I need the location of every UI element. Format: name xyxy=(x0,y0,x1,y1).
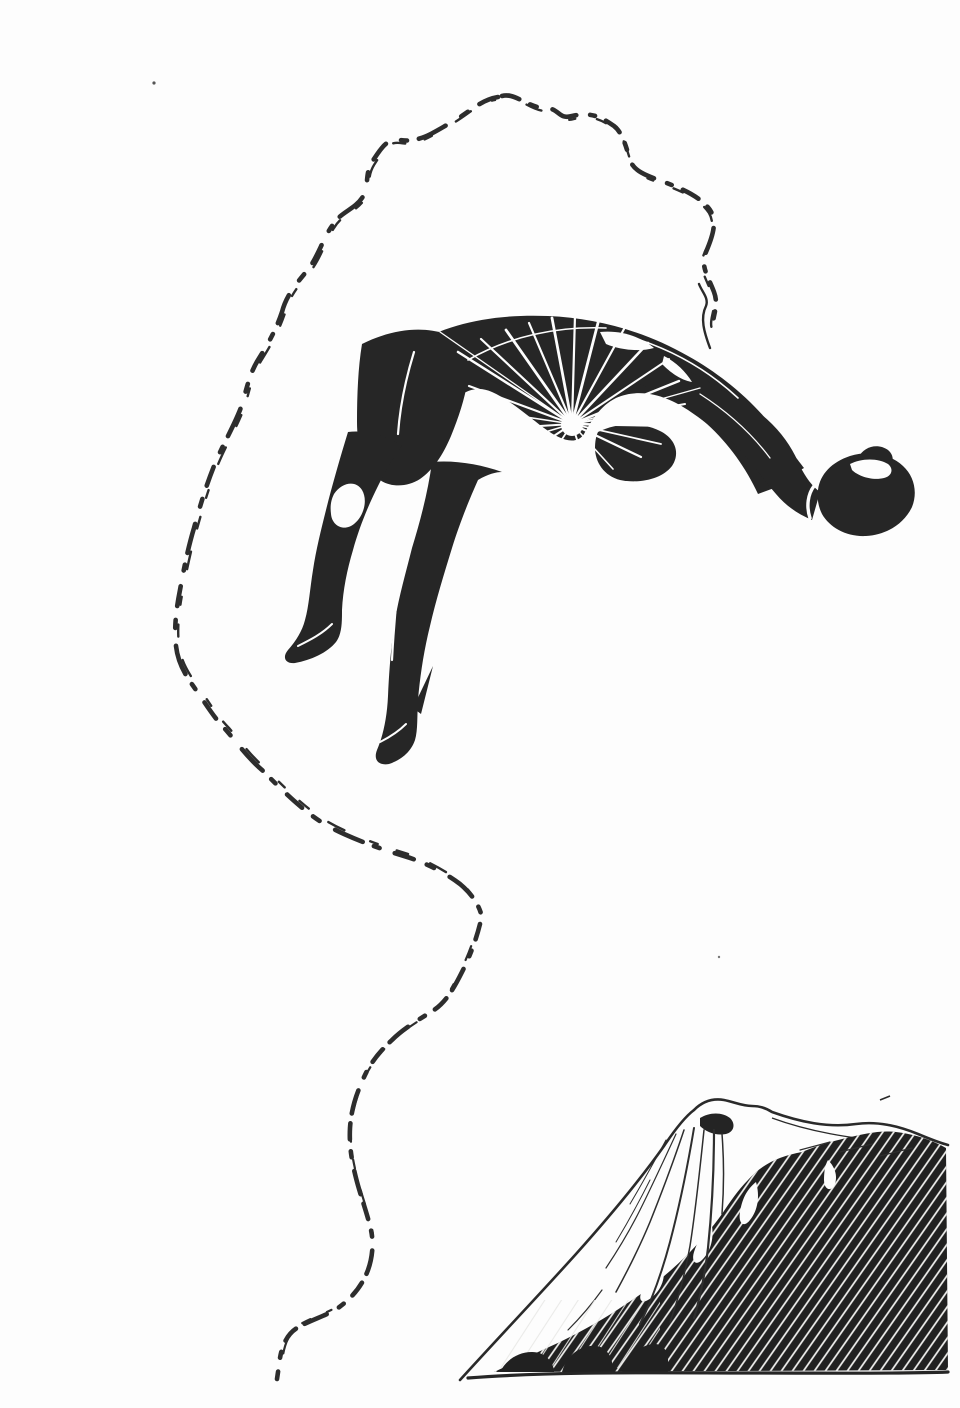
speed-burst-core xyxy=(561,414,583,436)
comic-page: Black-and-white manga panel: a muscular … xyxy=(0,0,960,1408)
comic-panel-illustration: Manga action panel xyxy=(0,0,960,1408)
ink-speck-top-left xyxy=(152,81,155,84)
ink-speck-mid-right xyxy=(718,956,720,958)
